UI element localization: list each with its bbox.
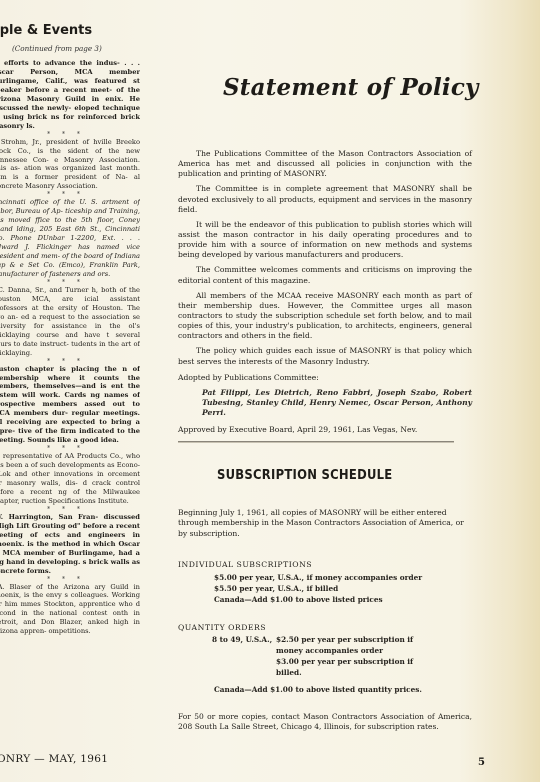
quantity-rate-line: $2.50 per year per subscription if	[276, 634, 413, 645]
individual-rates: $5.00 per year, U.S.A., if money accompa…	[214, 572, 422, 606]
separator: * * *	[0, 191, 140, 198]
quantity-rate-line: billed.	[276, 667, 302, 678]
statement-paragraph: The Publications Committee of the Mason …	[178, 149, 472, 180]
quantity-range: 8 to 49, U.S.A.,	[212, 634, 272, 645]
policy-column: Statement of Policy The Publications Com…	[178, 0, 472, 782]
section-title: eople & Events	[0, 23, 92, 38]
statement-paragraph: All members of the MCAA receive MASONRY …	[178, 291, 472, 342]
subscription-intro: Beginning July 1, 1961, all copies of MA…	[178, 508, 472, 539]
committee-names: Pat Filippi, Les Dietrich, Reno Fabbri, …	[178, 388, 472, 419]
approval-note: Approved by Executive Board, April 29, 1…	[178, 425, 472, 435]
bulk-order-note: For 50 or more copies, contact Mason Con…	[178, 712, 472, 733]
subscription-title: SUBSCRIPTION SCHEDULE	[217, 467, 393, 483]
news-item: e Houston chapter is placing the n of me…	[0, 365, 140, 446]
news-item: Lucas, representative of AA Products Co.…	[0, 452, 140, 506]
separator: * * *	[0, 506, 140, 513]
statement-paragraph: The Committee is in complete agreement t…	[178, 184, 472, 215]
individual-heading: INDIVIDUAL SUBSCRIPTIONS	[178, 560, 312, 569]
bulk-order-text: For 50 or more copies, contact Mason Con…	[178, 712, 472, 733]
quantity-canada-note: Canada—Add $1.00 to above listed quantit…	[214, 684, 422, 695]
page-number: 5	[478, 757, 485, 768]
people-events-column: eople & Events (Continued from page 3) n…	[0, 0, 140, 782]
statement-title: Statement of Policy	[223, 74, 479, 101]
quantity-heading: QUANTITY ORDERS	[178, 623, 266, 632]
news-item: ert W. Harrington, San Fran- discussed "…	[0, 513, 140, 576]
rate-line: $5.50 per year, U.S.A., if billed	[214, 583, 422, 594]
people-events-text: nding efforts to advance the indus- . . …	[0, 59, 140, 636]
separator: * * *	[0, 279, 140, 286]
rate-line: $5.00 per year, U.S.A., if money accompa…	[214, 572, 422, 583]
statement-paragraph: The Committee welcomes comments and crit…	[178, 265, 472, 285]
quantity-rate-line: money accompanies order	[276, 645, 383, 656]
quantity-rate-line: $3.00 per year per subscription if	[276, 656, 413, 667]
adopted-label: Adopted by Publications Committee:	[178, 373, 472, 383]
separator: * * *	[0, 131, 140, 138]
section-divider	[178, 441, 454, 442]
news-item: arles C. Danna, Sr., and Turner h, both …	[0, 286, 140, 358]
magazine-page: eople & Events (Continued from page 3) n…	[0, 0, 540, 782]
continued-note: (Continued from page 3)	[12, 44, 102, 53]
news-item: liam A. Blaser of the Arizona ary Guild …	[0, 583, 140, 637]
statement-paragraph: The policy which guides each issue of MA…	[178, 346, 472, 366]
rate-line: Canada—Add $1.00 to above listed prices	[214, 594, 422, 605]
news-item: he Cincinnati office of the U. S. artmen…	[0, 198, 140, 279]
separator: * * *	[0, 358, 140, 365]
separator: * * *	[0, 445, 140, 452]
subscription-intro-text: Beginning July 1, 1961, all copies of MA…	[178, 508, 472, 539]
news-item: arroll Strohm, Jr., president of hville …	[0, 138, 140, 192]
news-item: nding efforts to advance the indus- . . …	[0, 59, 140, 131]
page-footer: ONRY — MAY, 1961	[0, 753, 108, 765]
statement-paragraph: It will be the endeavor of this publicat…	[178, 220, 472, 261]
statement-body: The Publications Committee of the Mason …	[178, 149, 472, 440]
separator: * * *	[0, 576, 140, 583]
